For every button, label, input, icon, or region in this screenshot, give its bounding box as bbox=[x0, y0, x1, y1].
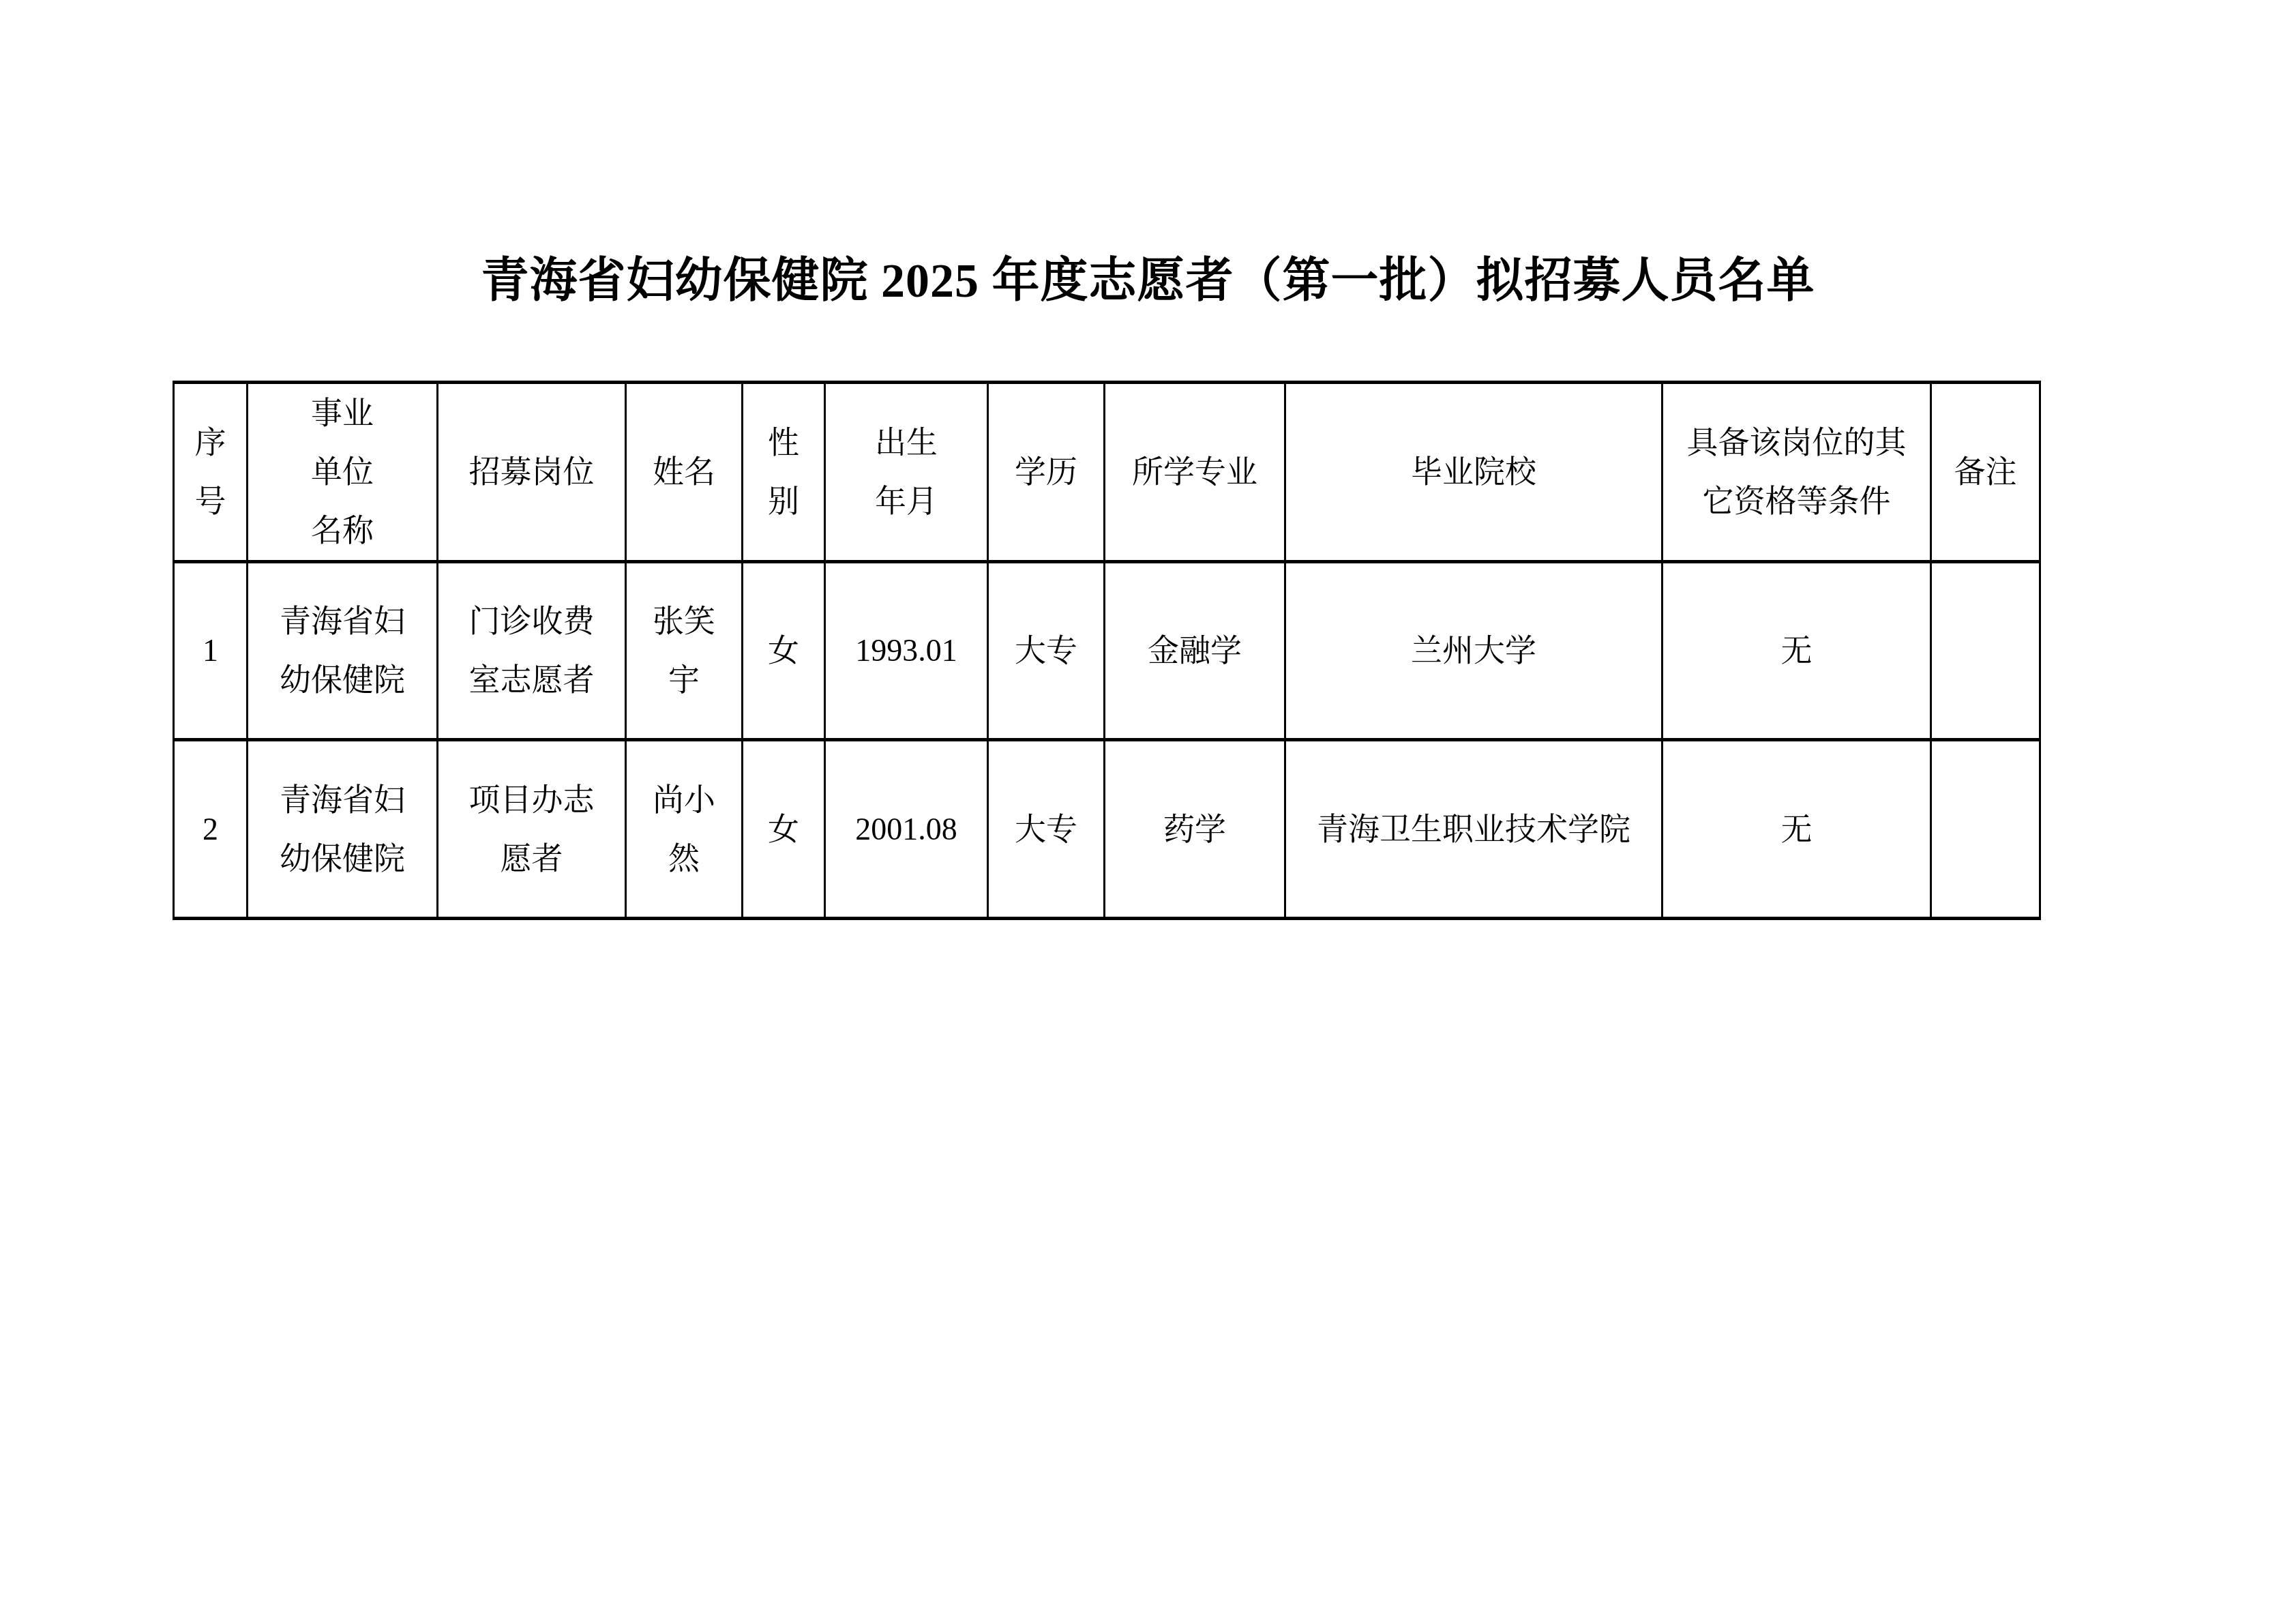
cell-qualification: 无 bbox=[1663, 740, 1931, 919]
header-name: 姓名 bbox=[626, 383, 743, 562]
cell-position: 门诊收费 室志愿者 bbox=[438, 562, 626, 740]
header-gender: 性 别 bbox=[743, 383, 825, 562]
cell-major: 药学 bbox=[1105, 740, 1285, 919]
cell-gender: 女 bbox=[743, 740, 825, 919]
cell-index: 2 bbox=[174, 740, 248, 919]
cell-education: 大专 bbox=[988, 740, 1105, 919]
cell-qualification: 无 bbox=[1663, 562, 1931, 740]
cell-unit-name: 青海省妇 幼保健院 bbox=[248, 562, 438, 740]
header-unit-name: 事业 单位 名称 bbox=[248, 383, 438, 562]
header-school: 毕业院校 bbox=[1285, 383, 1663, 562]
table-row: 2 青海省妇 幼保健院 项目办志 愿者 尚小 然 女 2001.08 大专 药学… bbox=[174, 740, 2040, 919]
cell-major: 金融学 bbox=[1105, 562, 1285, 740]
cell-unit-name: 青海省妇 幼保健院 bbox=[248, 740, 438, 919]
header-position: 招募岗位 bbox=[438, 383, 626, 562]
cell-birth-date: 2001.08 bbox=[825, 740, 988, 919]
cell-remark bbox=[1931, 562, 2040, 740]
header-major: 所学专业 bbox=[1105, 383, 1285, 562]
header-index: 序 号 bbox=[174, 383, 248, 562]
cell-birth-date: 1993.01 bbox=[825, 562, 988, 740]
cell-name: 尚小 然 bbox=[626, 740, 743, 919]
header-education: 学历 bbox=[988, 383, 1105, 562]
cell-education: 大专 bbox=[988, 562, 1105, 740]
cell-school: 兰州大学 bbox=[1285, 562, 1663, 740]
header-birth-date: 出生 年月 bbox=[825, 383, 988, 562]
cell-name: 张笑 宇 bbox=[626, 562, 743, 740]
table-header-row: 序 号 事业 单位 名称 招募岗位 姓名 性 别 出生 年月 学历 所学专业 毕… bbox=[174, 383, 2040, 562]
cell-gender: 女 bbox=[743, 562, 825, 740]
recruitment-table: 序 号 事业 单位 名称 招募岗位 姓名 性 别 出生 年月 学历 所学专业 毕… bbox=[173, 381, 2041, 920]
cell-index: 1 bbox=[174, 562, 248, 740]
cell-school: 青海卫生职业技术学院 bbox=[1285, 740, 1663, 919]
header-qualification: 具备该岗位的其 它资格等条件 bbox=[1663, 383, 1931, 562]
table-row: 1 青海省妇 幼保健院 门诊收费 室志愿者 张笑 宇 女 1993.01 大专 … bbox=[174, 562, 2040, 740]
document-page: { "page": { "background_color": "#ffffff… bbox=[0, 0, 2296, 1624]
cell-remark bbox=[1931, 740, 2040, 919]
page-title: 青海省妇幼保健院 2025 年度志愿者（第一批）拟招募人员名单 bbox=[0, 251, 2296, 312]
cell-position: 项目办志 愿者 bbox=[438, 740, 626, 919]
header-remark: 备注 bbox=[1931, 383, 2040, 562]
